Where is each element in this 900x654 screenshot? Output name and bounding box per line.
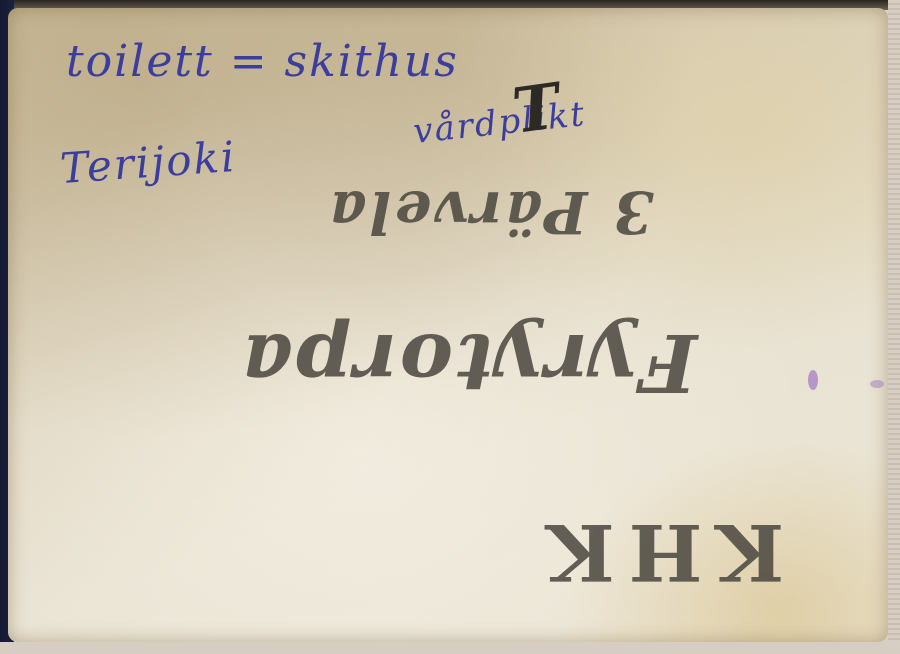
pencil-note-line3-upside-down: KHK xyxy=(533,506,784,597)
background-bottom-edge xyxy=(0,642,900,654)
background-right-edge xyxy=(888,0,900,654)
pencil-note-line1-upside-down: 3 Pärvela xyxy=(326,178,654,246)
purple-ink-smudge xyxy=(808,370,818,390)
pencil-note-line2-upside-down: Fyrytorpa xyxy=(238,316,697,410)
pencil-overlay-letter: T xyxy=(508,69,564,148)
photo-card-back: toilett = skithus Terijoki vårdplikt T 3… xyxy=(8,8,888,642)
purple-ink-smudge xyxy=(870,380,884,388)
ink-note-terijoki: Terijoki xyxy=(59,132,238,193)
ink-note-toilett: toilett = skithus xyxy=(66,36,459,87)
